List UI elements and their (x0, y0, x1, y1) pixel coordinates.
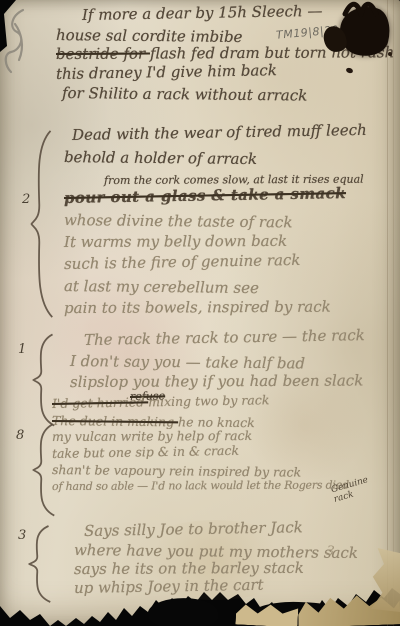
stanza: 8 I'd get hurried mixing two by rackThe … (30, 396, 400, 495)
manuscript-line: behold a holder of arrack (64, 146, 396, 171)
manuscript-text: If more a dear by 15h Sleech —house sal … (0, 0, 400, 626)
stanza-brace (28, 126, 54, 322)
stanza-number: 3 (18, 528, 26, 543)
stanza-brace (26, 524, 52, 604)
ink-spot (388, 52, 392, 56)
manuscript-line: Says silly Joe to brother Jack (84, 517, 392, 541)
stanza-number: 2 (22, 192, 30, 207)
stanza-number: 1 (18, 342, 26, 357)
manuscript-line: pour out a glass & take a smack (64, 181, 396, 209)
stanza-number: 8 (16, 428, 24, 443)
manuscript-line: for Shilito a rack without arrack (62, 84, 392, 107)
ink-spot (345, 67, 353, 74)
manuscript-line: such is the fire of genuine rack (64, 247, 396, 275)
ink-blot (318, 0, 400, 86)
stanza: 3 Says silly Joe to brother Jackwhere ha… (26, 522, 392, 598)
ink-stroke-icon (342, 0, 380, 17)
scanned-manuscript-page: TM19|8|29 If more a dear by 15h Sleech —… (0, 0, 400, 626)
stanza: 2 Dead with the wear of tired muff leech… (28, 124, 396, 319)
stanza-lines: Says silly Joe to brother Jackwhere have… (74, 522, 392, 598)
manuscript-line: Dead with the wear of tired muff leech (72, 118, 396, 146)
stanza-lines: Dead with the wear of tired muff leechbe… (64, 124, 396, 319)
manuscript-line: pain to its bowels, inspired by rack (64, 295, 396, 319)
manuscript-line: The rack the rack to cure — the rack (84, 325, 396, 351)
